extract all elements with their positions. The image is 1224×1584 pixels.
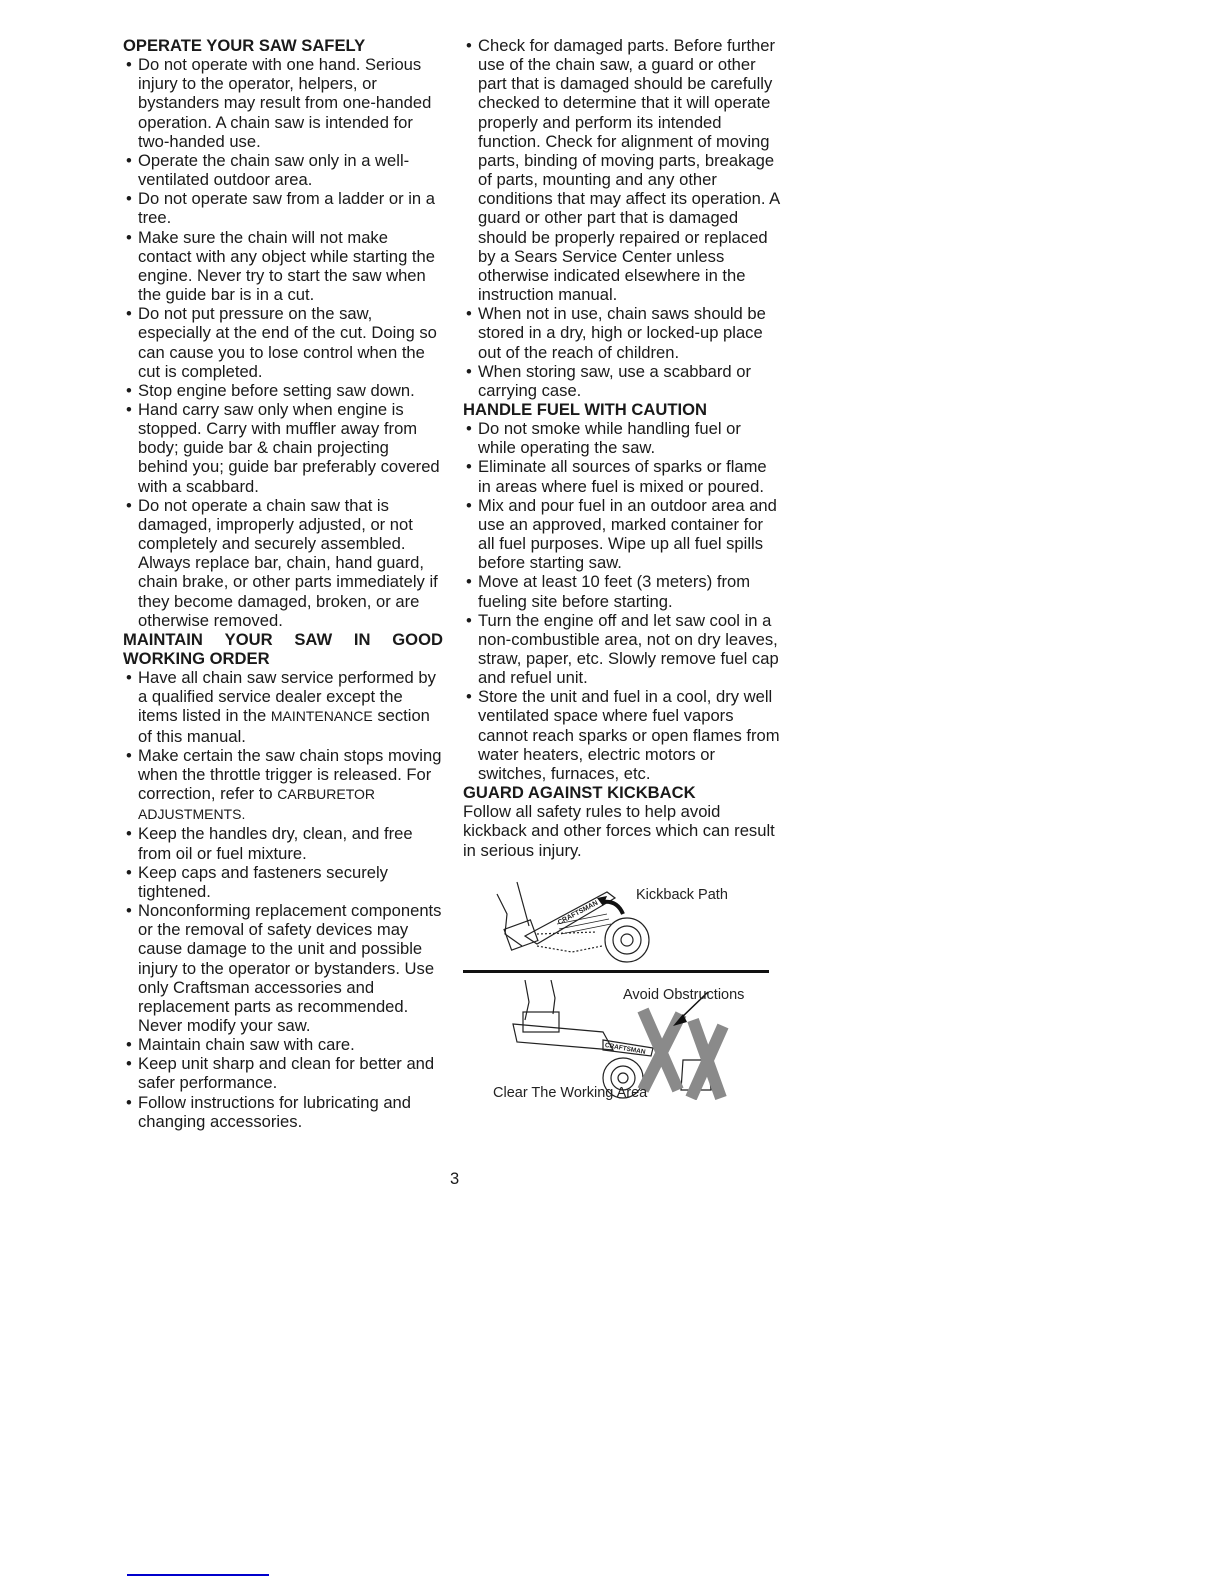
list-item: •Hand carry saw only when engine is stop… [123,400,443,496]
bullet-icon: • [126,1054,132,1073]
handle-fuel-list: •Do not smoke while handling fuel or whi… [463,419,783,783]
heading-maintain-saw-line2: WORKING ORDER [123,649,443,668]
list-item: •Turn the engine off and let saw cool in… [463,611,783,688]
bullet-icon: • [126,1035,132,1054]
maintenance-section-reference: MAINTENANCE [271,708,373,724]
bullet-icon: • [466,419,472,438]
bullet-icon: • [126,304,132,323]
list-item: •Keep the handles dry, clean, and free f… [123,824,443,862]
list-item: •Keep unit sharp and clean for better an… [123,1054,443,1092]
list-item: •Do not smoke while handling fuel or whi… [463,419,783,457]
kickback-illustrations: CRAFTSMAN Kickback Path [463,874,783,1114]
heading-handle-fuel: HANDLE FUEL WITH CAUTION [463,400,783,419]
list-item: •Nonconforming replacement components or… [123,901,443,1035]
bullet-icon: • [126,55,132,74]
bullet-icon: • [126,746,132,765]
footer-rule [127,1574,269,1576]
list-item: •Store the unit and fuel in a cool, dry … [463,687,783,783]
figure-divider [463,970,769,973]
kickback-path-label: Kickback Path [636,886,728,905]
heading-maintain-saw: MAINTAIN YOUR SAW IN GOOD [123,630,443,649]
list-item: •When not in use, chain saws should be s… [463,304,783,361]
bullet-icon: • [466,362,472,381]
list-item: •Have all chain saw service performed by… [123,668,443,746]
bullet-icon: • [126,901,132,920]
bullet-icon: • [466,572,472,591]
bullet-icon: • [466,36,472,55]
heading-guard-kickback: GUARD AGAINST KICKBACK [463,783,783,802]
bullet-icon: • [466,687,472,706]
list-item: •Do not operate with one hand. Serious i… [123,55,443,151]
list-item: •Maintain chain saw with care. [123,1035,443,1054]
list-item: •Follow instructions for lubricating and… [123,1093,443,1131]
kickback-intro-text: Follow all safety rules to help avoid ki… [463,802,783,859]
list-item: •Operate the chain saw only in a well-ve… [123,151,443,189]
list-item: •Mix and pour fuel in an outdoor area an… [463,496,783,573]
bullet-icon: • [466,457,472,476]
bullet-icon: • [126,151,132,170]
bullet-icon: • [126,381,132,400]
bullet-icon: • [126,400,132,419]
operate-safely-list: •Do not operate with one hand. Serious i… [123,55,443,630]
bullet-icon: • [466,611,472,630]
storage-list: •Check for damaged parts. Before further… [463,36,783,400]
bullet-icon: • [126,496,132,515]
list-item: •Eliminate all sources of sparks or flam… [463,457,783,495]
list-item: •Keep caps and fasteners securely tighte… [123,863,443,901]
list-item: •When storing saw, use a scabbard or car… [463,362,783,400]
x-mark-icon [643,1010,723,1098]
bullet-icon: • [126,863,132,882]
list-item: •Make certain the saw chain stops moving… [123,746,443,825]
bullet-icon: • [126,228,132,247]
bullet-icon: • [126,824,132,843]
list-item: •Stop engine before setting saw down. [123,381,443,400]
bullet-icon: • [126,668,132,687]
left-column: OPERATE YOUR SAW SAFELY •Do not operate … [123,36,443,1131]
list-item: •Make sure the chain will not make conta… [123,228,443,305]
list-item: •Do not operate saw from a ladder or in … [123,189,443,227]
list-item: •Do not put pressure on the saw, especia… [123,304,443,381]
right-column: •Check for damaged parts. Before further… [463,36,783,1114]
clear-working-area-label: Clear The Working Area [493,1084,647,1103]
list-item: •Do not operate a chain saw that is dama… [123,496,443,630]
svg-text:CRAFTSMAN: CRAFTSMAN [557,899,599,926]
bullet-icon: • [126,189,132,208]
bullet-icon: • [466,496,472,515]
page-number: 3 [450,1170,459,1189]
bullet-icon: • [466,304,472,323]
avoid-obstructions-label: Avoid Obstructions [623,986,744,1005]
maintain-saw-list: •Have all chain saw service performed by… [123,668,443,1131]
list-item: •Move at least 10 feet (3 meters) from f… [463,572,783,610]
list-item: •Check for damaged parts. Before further… [463,36,783,304]
heading-operate-safely: OPERATE YOUR SAW SAFELY [123,36,443,55]
bullet-icon: • [126,1093,132,1112]
